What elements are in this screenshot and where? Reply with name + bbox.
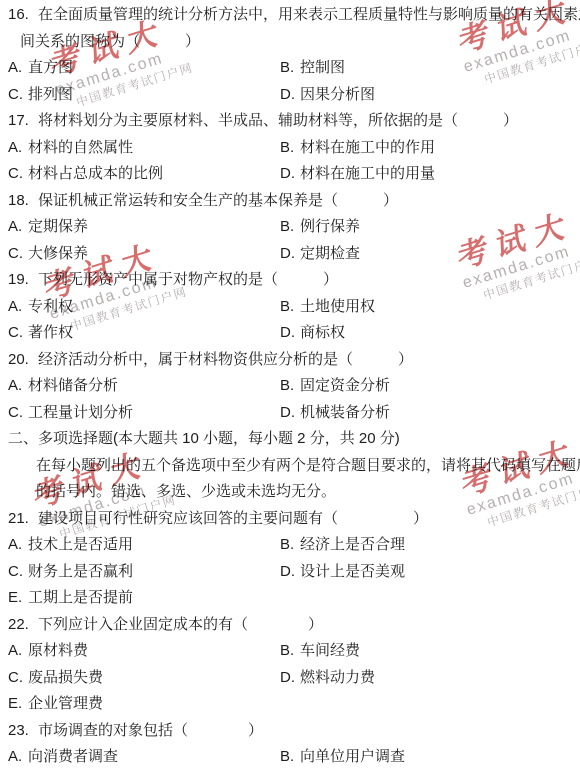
option-c: C.材料占总成本的比例 xyxy=(8,161,280,188)
question-stem-text: 在全面质量管理的统计分析方法中，用来表示工程质量特性与影响质量的有关因素之 xyxy=(38,6,580,23)
options-grid: A.定期保养 B.例行保养 C.大修保养 D.定期检查 xyxy=(8,214,580,267)
section-instructions-line-2: 的括号内。错选、多选、少选或未选均无分。 xyxy=(8,479,580,506)
question-stem: 17.将材料划分为主要原材料、半成品、辅助材料等，所依据的是（ ） xyxy=(8,108,580,135)
option-c: C.大修保养 xyxy=(8,241,280,268)
option-label: C. xyxy=(8,241,28,268)
option-text: 著作权 xyxy=(28,324,73,341)
option-text: 财务上是否赢利 xyxy=(28,563,133,580)
option-d: D.材料在施工中的用量 xyxy=(280,161,580,188)
question-number: 21. xyxy=(8,506,38,533)
option-d: D.定期检查 xyxy=(280,241,580,268)
question-number: 16. xyxy=(8,2,38,29)
option-e: E.工期上是否提前 xyxy=(8,585,280,612)
option-label: A. xyxy=(8,373,28,400)
option-label: A. xyxy=(8,638,28,665)
question-stem-continuation: 间关系的图称为（ ） xyxy=(8,29,580,56)
option-text: 工程量计划分析 xyxy=(28,404,133,421)
option-label: B. xyxy=(280,55,300,82)
option-a: A.直方图 xyxy=(8,55,280,82)
option-c: C.著作权 xyxy=(8,320,280,347)
option-label: C. xyxy=(8,161,28,188)
option-text: 燃料动力费 xyxy=(300,669,375,686)
option-label: B. xyxy=(280,638,300,665)
option-text: 材料占总成本的比例 xyxy=(28,165,163,182)
option-text: 商标权 xyxy=(300,324,345,341)
option-text: 工期上是否提前 xyxy=(28,589,133,606)
question-stem-text: 市场调查的对象包括（ ） xyxy=(38,722,263,739)
question-stem: 19.下列无形资产中属于对物产权的是（ ） xyxy=(8,267,580,294)
question-stem: 18.保证机械正常运转和安全生产的基本保养是（ ） xyxy=(8,188,580,215)
option-text: 设计上是否美观 xyxy=(300,563,405,580)
question-number: 23. xyxy=(8,718,38,745)
option-text: 机械装备分析 xyxy=(300,404,390,421)
option-label: D. xyxy=(280,400,300,427)
options-grid: A.技术上是否适用 B.经济上是否合理 C.财务上是否赢利 D.设计上是否美观 … xyxy=(8,532,580,612)
question-21: 21.建设项目可行性研究应该回答的主要问题有（ ） A.技术上是否适用 B.经济… xyxy=(8,506,580,612)
option-label: D. xyxy=(280,320,300,347)
option-label: C. xyxy=(8,559,28,586)
exam-page: 考试大 examda.com 中国教育考试门户网 考试大 examda.com … xyxy=(0,0,580,769)
option-a: A.技术上是否适用 xyxy=(8,532,280,559)
options-grid: A.原材料费 B.车间经费 C.废品损失费 D.燃料动力费 E.企业管理费 xyxy=(8,638,580,718)
option-a: A.向消费者调查 xyxy=(8,744,280,769)
option-label: D. xyxy=(280,559,300,586)
option-text: 因果分析图 xyxy=(300,86,375,103)
option-a: A.定期保养 xyxy=(8,214,280,241)
options-grid: A.专利权 B.土地使用权 C.著作权 D.商标权 xyxy=(8,294,580,347)
question-number: 17. xyxy=(8,108,38,135)
option-d: D.机械装备分析 xyxy=(280,400,580,427)
option-text: 经济上是否合理 xyxy=(300,536,405,553)
question-17: 17.将材料划分为主要原材料、半成品、辅助材料等，所依据的是（ ） A.材料的自… xyxy=(8,108,580,188)
option-b: B.经济上是否合理 xyxy=(280,532,580,559)
option-c: C.工程量计划分析 xyxy=(8,400,280,427)
question-stem-text: 下列应计入企业固定成本的有（ ） xyxy=(38,616,323,633)
option-d: D.因果分析图 xyxy=(280,82,580,109)
option-label: A. xyxy=(8,294,28,321)
option-text: 材料的自然属性 xyxy=(28,139,133,156)
option-label: B. xyxy=(280,744,300,769)
section-instructions-line-1: 在每小题列出的五个备选项中至少有两个是符合题目要求的，请将其代码填写在题后 xyxy=(8,453,580,480)
question-stem-text: 经济活动分析中，属于材料物资供应分析的是（ ） xyxy=(38,351,413,368)
option-text: 定期检查 xyxy=(300,245,360,262)
option-label: D. xyxy=(280,161,300,188)
option-a: A.材料储备分析 xyxy=(8,373,280,400)
option-text: 原材料费 xyxy=(28,642,88,659)
question-stem: 22.下列应计入企业固定成本的有（ ） xyxy=(8,612,580,639)
option-b: B.向单位用户调查 xyxy=(280,744,580,769)
question-stem: 16.在全面质量管理的统计分析方法中，用来表示工程质量特性与影响质量的有关因素之 xyxy=(8,2,580,29)
question-number: 19. xyxy=(8,267,38,294)
option-text: 车间经费 xyxy=(300,642,360,659)
section-title: 二、多项选择题(本大题共 10 小题，每小题 2 分，共 20 分) xyxy=(8,426,580,453)
option-label: D. xyxy=(280,82,300,109)
options-grid: A.向消费者调查 B.向单位用户调查 xyxy=(8,744,580,769)
option-label: B. xyxy=(280,214,300,241)
option-text: 固定资金分析 xyxy=(300,377,390,394)
option-label: C. xyxy=(8,400,28,427)
option-text: 土地使用权 xyxy=(300,298,375,315)
option-c: C.财务上是否赢利 xyxy=(8,559,280,586)
option-a: A.专利权 xyxy=(8,294,280,321)
option-label: E. xyxy=(8,691,28,718)
option-d: D.设计上是否美观 xyxy=(280,559,580,586)
option-b: B.固定资金分析 xyxy=(280,373,580,400)
question-stem-text: 下列无形资产中属于对物产权的是（ ） xyxy=(38,271,338,288)
question-number: 18. xyxy=(8,188,38,215)
question-stem: 21.建设项目可行性研究应该回答的主要问题有（ ） xyxy=(8,506,580,533)
option-text: 向单位用户调查 xyxy=(300,748,405,765)
option-b: B.车间经费 xyxy=(280,638,580,665)
option-text: 例行保养 xyxy=(300,218,360,235)
option-text: 材料在施工中的作用 xyxy=(300,139,435,156)
option-label: D. xyxy=(280,665,300,692)
option-label: A. xyxy=(8,744,28,769)
options-grid: A.材料的自然属性 B.材料在施工中的作用 C.材料占总成本的比例 D.材料在施… xyxy=(8,135,580,188)
question-20: 20.经济活动分析中，属于材料物资供应分析的是（ ） A.材料储备分析 B.固定… xyxy=(8,347,580,427)
option-a: A.材料的自然属性 xyxy=(8,135,280,162)
option-text: 技术上是否适用 xyxy=(28,536,133,553)
option-text: 材料储备分析 xyxy=(28,377,118,394)
option-e: E.企业管理费 xyxy=(8,691,280,718)
option-b: B.土地使用权 xyxy=(280,294,580,321)
option-text: 废品损失费 xyxy=(28,669,103,686)
section-2: 二、多项选择题(本大题共 10 小题，每小题 2 分，共 20 分) 在每小题列… xyxy=(8,426,580,506)
option-a: A.原材料费 xyxy=(8,638,280,665)
option-text: 企业管理费 xyxy=(28,695,103,712)
question-number: 20. xyxy=(8,347,38,374)
option-d: D.燃料动力费 xyxy=(280,665,580,692)
option-label: C. xyxy=(8,665,28,692)
option-label: B. xyxy=(280,135,300,162)
option-label: B. xyxy=(280,532,300,559)
question-16: 16.在全面质量管理的统计分析方法中，用来表示工程质量特性与影响质量的有关因素之… xyxy=(8,2,580,108)
option-text: 专利权 xyxy=(28,298,73,315)
option-label: E. xyxy=(8,585,28,612)
question-stem: 23.市场调查的对象包括（ ） xyxy=(8,718,580,745)
question-stem: 20.经济活动分析中，属于材料物资供应分析的是（ ） xyxy=(8,347,580,374)
option-d: D.商标权 xyxy=(280,320,580,347)
option-label: A. xyxy=(8,55,28,82)
option-label: A. xyxy=(8,532,28,559)
option-b: B.材料在施工中的作用 xyxy=(280,135,580,162)
option-label: B. xyxy=(280,373,300,400)
options-grid: A.直方图 B.控制图 C.排列图 D.因果分析图 xyxy=(8,55,580,108)
option-label: A. xyxy=(8,135,28,162)
option-text: 大修保养 xyxy=(28,245,88,262)
question-23: 23.市场调查的对象包括（ ） A.向消费者调查 B.向单位用户调查 xyxy=(8,718,580,769)
option-c: C.排列图 xyxy=(8,82,280,109)
option-text: 控制图 xyxy=(300,59,345,76)
option-b: B.控制图 xyxy=(280,55,580,82)
option-text: 直方图 xyxy=(28,59,73,76)
option-text: 定期保养 xyxy=(28,218,88,235)
question-number: 22. xyxy=(8,612,38,639)
question-stem-text: 保证机械正常运转和安全生产的基本保养是（ ） xyxy=(38,192,398,209)
question-18: 18.保证机械正常运转和安全生产的基本保养是（ ） A.定期保养 B.例行保养 … xyxy=(8,188,580,268)
option-label: C. xyxy=(8,82,28,109)
question-stem-text: 建设项目可行性研究应该回答的主要问题有（ ） xyxy=(38,510,428,527)
option-label: C. xyxy=(8,320,28,347)
option-text: 向消费者调查 xyxy=(28,748,118,765)
question-stem-text: 将材料划分为主要原材料、半成品、辅助材料等，所依据的是（ ） xyxy=(38,112,518,129)
exam-content: 16.在全面质量管理的统计分析方法中，用来表示工程质量特性与影响质量的有关因素之… xyxy=(0,0,580,769)
option-label: A. xyxy=(8,214,28,241)
option-label: B. xyxy=(280,294,300,321)
option-label: D. xyxy=(280,241,300,268)
options-grid: A.材料储备分析 B.固定资金分析 C.工程量计划分析 D.机械装备分析 xyxy=(8,373,580,426)
option-c: C.废品损失费 xyxy=(8,665,280,692)
question-22: 22.下列应计入企业固定成本的有（ ） A.原材料费 B.车间经费 C.废品损失… xyxy=(8,612,580,718)
option-text: 材料在施工中的用量 xyxy=(300,165,435,182)
option-text: 排列图 xyxy=(28,86,73,103)
option-b: B.例行保养 xyxy=(280,214,580,241)
question-19: 19.下列无形资产中属于对物产权的是（ ） A.专利权 B.土地使用权 C.著作… xyxy=(8,267,580,347)
